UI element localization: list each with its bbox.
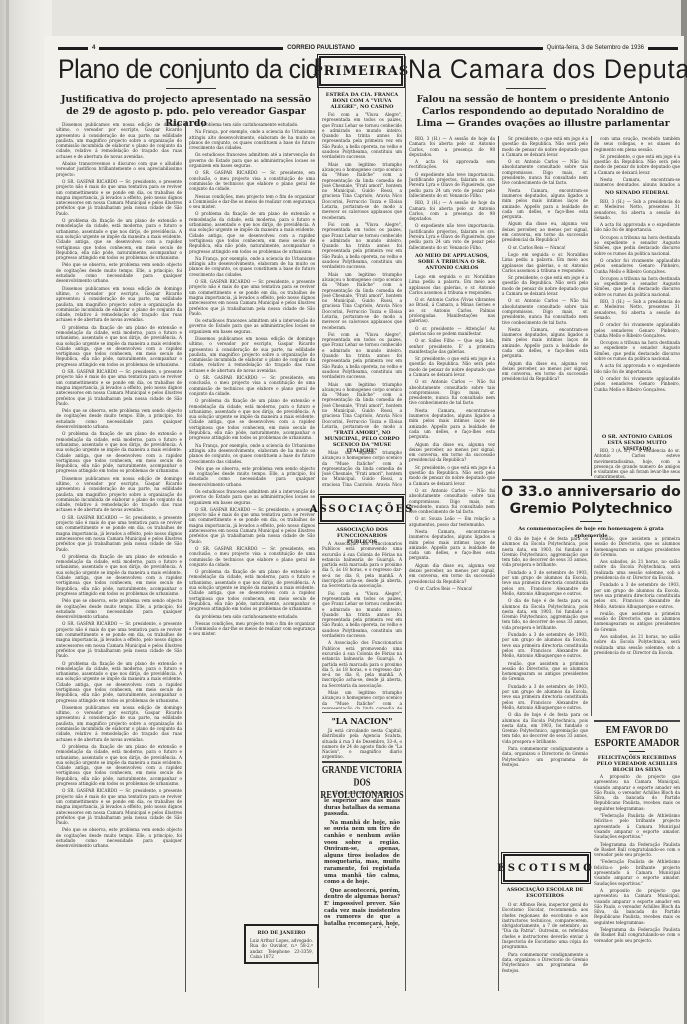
primeiras-item1-text: Foi com a "Viuva Alegre", representada e… — [322, 112, 402, 430]
senado-section: NO SENADO FEDERAL RIO, 3 (H.) — Sob a pr… — [594, 186, 680, 476]
gremio-col2: reuião, que assistem a primeira sessão d… — [594, 536, 680, 716]
la-nacion-title: "LA NACION" — [322, 716, 402, 726]
escotismo-text: O sr. Affonso Reis, inspector geral do E… — [502, 902, 588, 990]
issue-date: Quinta-feira, 3 de Setembro de 1936 — [547, 45, 644, 51]
gremio-headline: O 33.o anniversario do Gremio Polytechni… — [500, 484, 682, 518]
primeiras-item2-text: Mais um legitimo triumpho alcançou o hom… — [322, 450, 402, 486]
la-nacion-text: Já está circulando nesta Capital, distri… — [322, 728, 402, 760]
newspaper-page: 4 CORREIO PAULISTANO Quinta-feira, 3 de … — [44, 36, 684, 1024]
rio-de-janeiro-box: RIO DE JANEIRO Luiz Arthur Lopes, advoga… — [244, 924, 319, 964]
camara-subsection-title: AO MEIO DE APPLAUSOS, SOBE Á TRIBUNA O S… — [409, 253, 495, 271]
primeiras-header: PRIMEIRAS — [319, 56, 403, 86]
paper-name: CORREIO PAULISTANO — [287, 45, 355, 51]
esporte-text: A proposito do projecto que apresentou n… — [594, 774, 680, 988]
associacoes-text: A Associação dos Funccionarios Publicos … — [322, 541, 402, 709]
primeiras-item1-title: ESTRÉA DA CIA. FRANCA BONI COM A "VIUVA … — [322, 92, 402, 110]
camara-col2: Sr. presidente, o que está em jogo é a q… — [502, 136, 588, 476]
camara-ornament — [506, 88, 546, 89]
antonio-visitado-text: RIO, 3 (A. B.) — A residencia do sr. Ant… — [594, 448, 680, 478]
esporte-headline: EM FAVOR DO ESPORTE AMADOR — [592, 724, 682, 749]
victoria-text: le superior aos das mais duras batalhas … — [324, 798, 400, 928]
gremio-headline-line1: O 33.o anniversario do — [500, 484, 682, 501]
camara-col1: RIO, 3 (H.) — A sessão de hoje da Camara… — [409, 136, 495, 826]
masthead: 4 CORREIO PAULISTANO Quinta-feira, 3 de … — [54, 44, 682, 52]
associacoes-header: ASSOCIAÇÕES — [320, 496, 404, 522]
gremio-headline-line2: Gremio Polytechnico — [500, 501, 682, 518]
camara-headline: Na Camara dos Deputados — [408, 54, 687, 85]
victoria-continuation: (Conclusão da 1.ª pagina) — [322, 791, 402, 796]
left-article-col1: Dissemos publicamos em nossa edição de d… — [56, 122, 182, 992]
senado-title: NO SENADO FEDERAL — [594, 190, 680, 196]
esporte-subtitle: FELICITAÇÕES RECEBIDAS PELO VEREADOR ACH… — [594, 755, 680, 773]
rio-box-text: Luiz Arthur Lopes, advogado. Rua do Ouvi… — [250, 938, 313, 959]
camara-subhead: Falou na sessão de hontem o presidente A… — [408, 94, 678, 130]
headline-ornament — [166, 88, 216, 89]
left-article-col2: da problema tem sido carinhosamente estu… — [189, 122, 315, 992]
escotismo-header: ESCOTISMO — [503, 854, 589, 882]
gremio-col1: O dia de hoje é de festa para os alumnos… — [502, 536, 588, 848]
page-number: 4 — [92, 45, 95, 51]
escotismo-item-title: ASSOCIAÇÃO ESCOLAR DE ESCOTEIROS — [502, 887, 588, 899]
